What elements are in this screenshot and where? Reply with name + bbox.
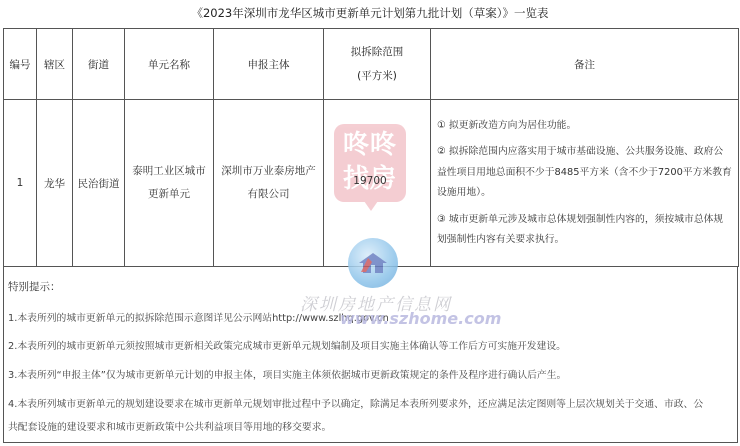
header-demolition-area-unit: (平方米) [324, 64, 430, 88]
header-district: 辖区 [37, 29, 73, 100]
szhome-watermark-url: www.szhome.com [340, 309, 501, 328]
applicant-line2: 有限公司 [214, 183, 323, 206]
header-street: 街道 [73, 29, 125, 100]
header-remarks: 备注 [431, 29, 739, 100]
remark-item-2: ② 拟拆除范围内应落实用于城市基础设施、公共服务设施、政府公益性项目用地总面积不… [437, 142, 732, 204]
cell-remarks: ① 拟更新改造方向为居住功能。 ② 拟拆除范围内应落实用于城市基础设施、公共服务… [431, 100, 739, 267]
cell-street: 民治街道 [73, 100, 125, 267]
cell-unit-name: 泰明工业区城市 更新单元 [125, 100, 214, 267]
notes-heading: 特别提示： [8, 279, 61, 294]
dongdong-watermark-logo: 咚咚找房 [334, 124, 406, 202]
header-no: 编号 [4, 29, 37, 100]
unit-name-line2: 更新单元 [125, 183, 213, 206]
note-item-4: 4.本表所列城市更新单元的规划建设要求在城市更新单元规划审批过程中予以确定，除满… [8, 396, 703, 410]
note-item-4-cont: 共配套设施的建设要求和城市更新政策中公共利益项目等用地的移交要求。 [8, 419, 331, 433]
unit-name-line1: 泰明工业区城市 [125, 160, 213, 183]
header-unit-name: 单元名称 [125, 29, 214, 100]
watermark-tail-shape [364, 201, 378, 211]
remark-item-3: ③ 城市更新单元涉及城市总体规划强制性内容的，须按城市总体规划强制性内容有关要求… [437, 210, 732, 251]
note-item-2: 2.本表所列的城市更新单元须按照城市更新相关政策完成城市更新单元规划编制及项目实… [8, 338, 566, 352]
header-demolition-area-label: 拟拆除范围 [324, 40, 430, 64]
cell-applicant: 深圳市万业泰房地产 有限公司 [214, 100, 324, 267]
header-demolition-area: 拟拆除范围 (平方米) [324, 29, 431, 100]
header-applicant: 申报主体 [214, 29, 324, 100]
cell-no: 1 [4, 100, 37, 267]
demolition-area-value: 19700 [334, 175, 406, 187]
cell-district: 龙华 [37, 100, 73, 267]
applicant-line1: 深圳市万业泰房地产 [214, 160, 323, 183]
house-icon [358, 252, 388, 274]
table-header-row: 编号 辖区 街道 单元名称 申报主体 拟拆除范围 (平方米) 备注 [4, 29, 739, 100]
szhome-logo-icon [348, 238, 398, 288]
remark-item-1: ① 拟更新改造方向为居住功能。 [437, 116, 732, 137]
note-item-3: 3.本表所列“申报主体”仅为城市更新单元计划的申报主体，项目实施主体须依据城市更… [8, 367, 566, 381]
document-title: 《2023年深圳市龙华区城市更新单元计划第九批计划（草案）》一览表 [0, 5, 740, 21]
